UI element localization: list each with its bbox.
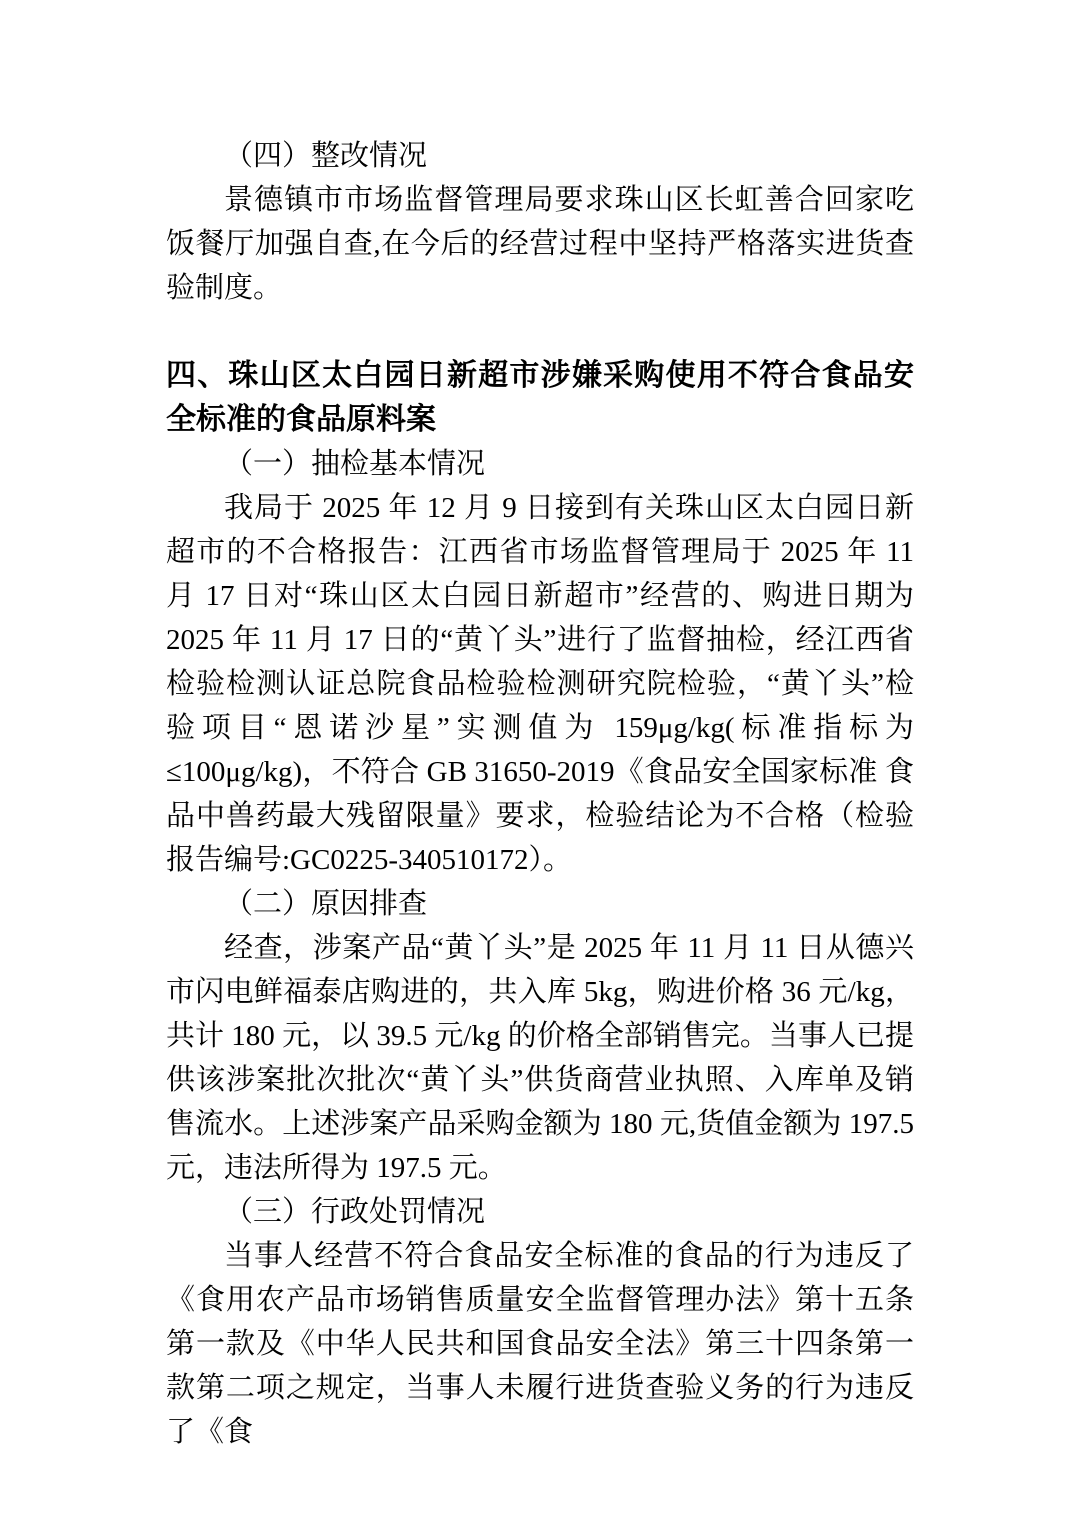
para-sampling-details: 我局于 2025 年 12 月 9 日接到有关珠山区太白园日新超市的不合格报告：… [166, 486, 914, 882]
subheading-section-1-sampling-basics: （一）抽检基本情况 [166, 442, 914, 486]
case-heading-4-taibaiyuan-rixin-supermarket: 四、珠山区太白园日新超市涉嫌采购使用不符合食品安全标准的食品原料案 [166, 354, 914, 442]
subheading-section-4-rectification: （四）整改情况 [166, 134, 914, 178]
subheading-section-3-administrative-penalty: （三）行政处罚情况 [166, 1190, 914, 1234]
para-rectification-details: 景德镇市市场监督管理局要求珠山区长虹善合回家吃饭餐厅加强自查,在今后的经营过程中… [166, 178, 914, 310]
document-page: （四）整改情况 景德镇市市场监督管理局要求珠山区长虹善合回家吃饭餐厅加强自查,在… [0, 0, 1074, 1520]
subheading-section-2-cause-investigation: （二）原因排查 [166, 882, 914, 926]
para-cause-investigation-details: 经查，涉案产品“黄丫头”是 2025 年 11 月 11 日从德兴市闪电鲜福泰店… [166, 926, 914, 1190]
para-administrative-penalty-details: 当事人经营不符合食品安全标准的食品的行为违反了《食用农产品市场销售质量安全监督管… [166, 1234, 914, 1454]
document-text-block: （四）整改情况 景德镇市市场监督管理局要求珠山区长虹善合回家吃饭餐厅加强自查,在… [166, 134, 914, 1454]
